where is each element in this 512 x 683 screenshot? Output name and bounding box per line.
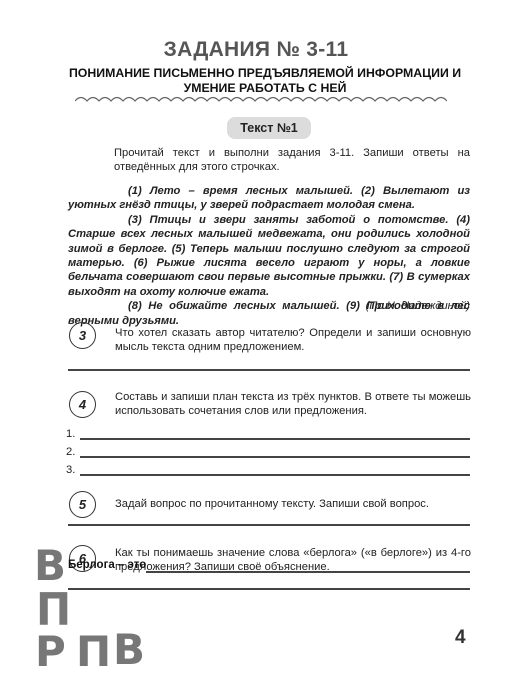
watermark-letter: Р <box>35 631 66 673</box>
question-text-6: Как ты понимаешь значение слова «берлога… <box>115 546 471 574</box>
answer-line-6a[interactable] <box>146 571 470 573</box>
watermark-letter: В <box>113 629 145 671</box>
plan-item-label: 1. <box>66 428 75 440</box>
wavy-divider <box>75 95 447 103</box>
page-subtitle: ПОНИМАНИЕ ПИСЬМЕННО ПРЕДЪЯВЛЯЕМОЙ ИНФОРМ… <box>60 66 470 96</box>
answer-prefix: Берлога – это <box>68 559 146 571</box>
plan-line-2[interactable] <box>80 456 470 458</box>
watermark-letter: П <box>36 588 71 632</box>
question-number-3: 3 <box>69 322 96 349</box>
plan-item-label: 3. <box>66 464 75 476</box>
question-text-3: Что хотел сказать автор читателю? Опреде… <box>115 326 471 354</box>
watermark-letter: П <box>76 631 111 673</box>
instructions: Прочитай текст и выполни задания 3-11. З… <box>114 146 470 174</box>
plan-item-label: 2. <box>66 446 75 458</box>
page-title: ЗАДАНИЯ № 3-11 <box>0 38 512 62</box>
plan-line-1[interactable] <box>80 438 470 440</box>
question-text-4: Составь и запиши план текста из трёх пун… <box>115 390 471 418</box>
author-attribution: (По Н. Надеждиной) <box>366 300 470 312</box>
question-number-5: 5 <box>69 491 96 518</box>
answer-line-5[interactable] <box>68 524 470 526</box>
question-text-5: Задай вопрос по прочитанному тексту. Зап… <box>115 497 471 511</box>
page-number: 4 <box>455 627 466 649</box>
story-paragraph: (1) Лето – время лесных малышей. (2) Выл… <box>68 184 470 213</box>
text-badge: Текст №1 <box>227 117 311 139</box>
story-paragraph: (3) Птицы и звери заняты заботой о потом… <box>68 213 470 299</box>
answer-line-3[interactable] <box>68 369 470 371</box>
plan-line-3[interactable] <box>80 474 470 476</box>
watermark-letter: В <box>34 545 66 587</box>
question-number-4: 4 <box>69 391 96 418</box>
answer-line-6b[interactable] <box>68 588 470 590</box>
